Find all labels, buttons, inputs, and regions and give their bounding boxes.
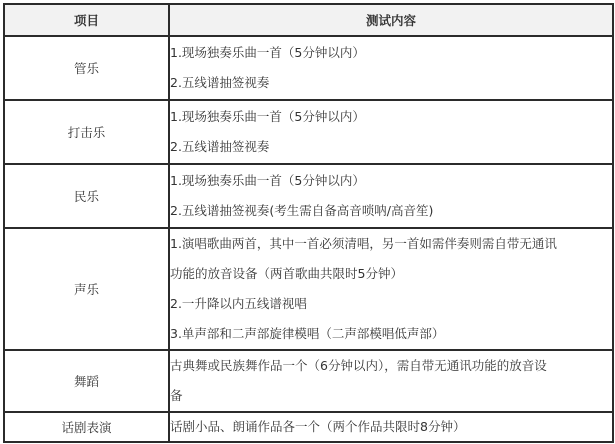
content-line: 2.一升降以内五线谱视唱 — [170, 289, 612, 319]
table-row: 话剧表演 话剧小品、朗诵作品各一个（两个作品共限时8分钟） — [4, 412, 613, 442]
content-line: 3.单声部和二声部旋律模唱（二声部模唱低声部） — [170, 319, 612, 349]
content-line: 2.五线谱抽签视奏 — [170, 132, 612, 162]
table-row: 舞蹈 古典舞或民族舞作品一个（6分钟以内），需自带无通讯功能的放音设 备 — [4, 350, 613, 412]
table-row: 民乐 1.现场独奏乐曲一首（5分钟以内） 2.五线谱抽签视奏(考生需自备高音唢呐… — [4, 164, 613, 228]
content-line: 功能的放音设备（两首歌曲共限时5分钟） — [170, 259, 612, 289]
content-line: 1.现场独奏乐曲一首（5分钟以内） — [170, 38, 612, 68]
content-cell: 1.现场独奏乐曲一首（5分钟以内） 2.五线谱抽签视奏(考生需自备高音唢呐/高音… — [169, 164, 613, 228]
item-cell: 民乐 — [4, 164, 169, 228]
content-cell: 古典舞或民族舞作品一个（6分钟以内），需自带无通讯功能的放音设 备 — [169, 350, 613, 412]
content-line: 1.现场独奏乐曲一首（5分钟以内） — [170, 166, 612, 196]
table-row: 打击乐 1.现场独奏乐曲一首（5分钟以内） 2.五线谱抽签视奏 — [4, 100, 613, 164]
content-line: 古典舞或民族舞作品一个（6分钟以内），需自带无通讯功能的放音设 — [170, 351, 612, 381]
content-line: 话剧小品、朗诵作品各一个（两个作品共限时8分钟） — [170, 413, 612, 441]
content-line: 备 — [170, 381, 612, 411]
item-cell: 话剧表演 — [4, 412, 169, 442]
header-content: 测试内容 — [169, 4, 613, 36]
content-line: 2.五线谱抽签视奏(考生需自备高音唢呐/高音笙) — [170, 196, 612, 226]
header-row: 项目 测试内容 — [4, 4, 613, 36]
item-cell: 管乐 — [4, 36, 169, 100]
exam-content-table: 项目 测试内容 管乐 1.现场独奏乐曲一首（5分钟以内） 2.五线谱抽签视奏 打… — [3, 3, 614, 443]
header-item: 项目 — [4, 4, 169, 36]
item-cell: 声乐 — [4, 228, 169, 350]
content-cell: 1.现场独奏乐曲一首（5分钟以内） 2.五线谱抽签视奏 — [169, 36, 613, 100]
content-line: 1.现场独奏乐曲一首（5分钟以内） — [170, 102, 612, 132]
table-row: 管乐 1.现场独奏乐曲一首（5分钟以内） 2.五线谱抽签视奏 — [4, 36, 613, 100]
item-cell: 舞蹈 — [4, 350, 169, 412]
table-row: 声乐 1.演唱歌曲两首，其中一首必须清唱，另一首如需伴奏则需自带无通讯 功能的放… — [4, 228, 613, 350]
content-cell: 话剧小品、朗诵作品各一个（两个作品共限时8分钟） — [169, 412, 613, 442]
content-line: 1.演唱歌曲两首，其中一首必须清唱，另一首如需伴奏则需自带无通讯 — [170, 229, 612, 259]
item-cell: 打击乐 — [4, 100, 169, 164]
content-cell: 1.现场独奏乐曲一首（5分钟以内） 2.五线谱抽签视奏 — [169, 100, 613, 164]
content-line: 2.五线谱抽签视奏 — [170, 68, 612, 98]
content-cell: 1.演唱歌曲两首，其中一首必须清唱，另一首如需伴奏则需自带无通讯 功能的放音设备… — [169, 228, 613, 350]
